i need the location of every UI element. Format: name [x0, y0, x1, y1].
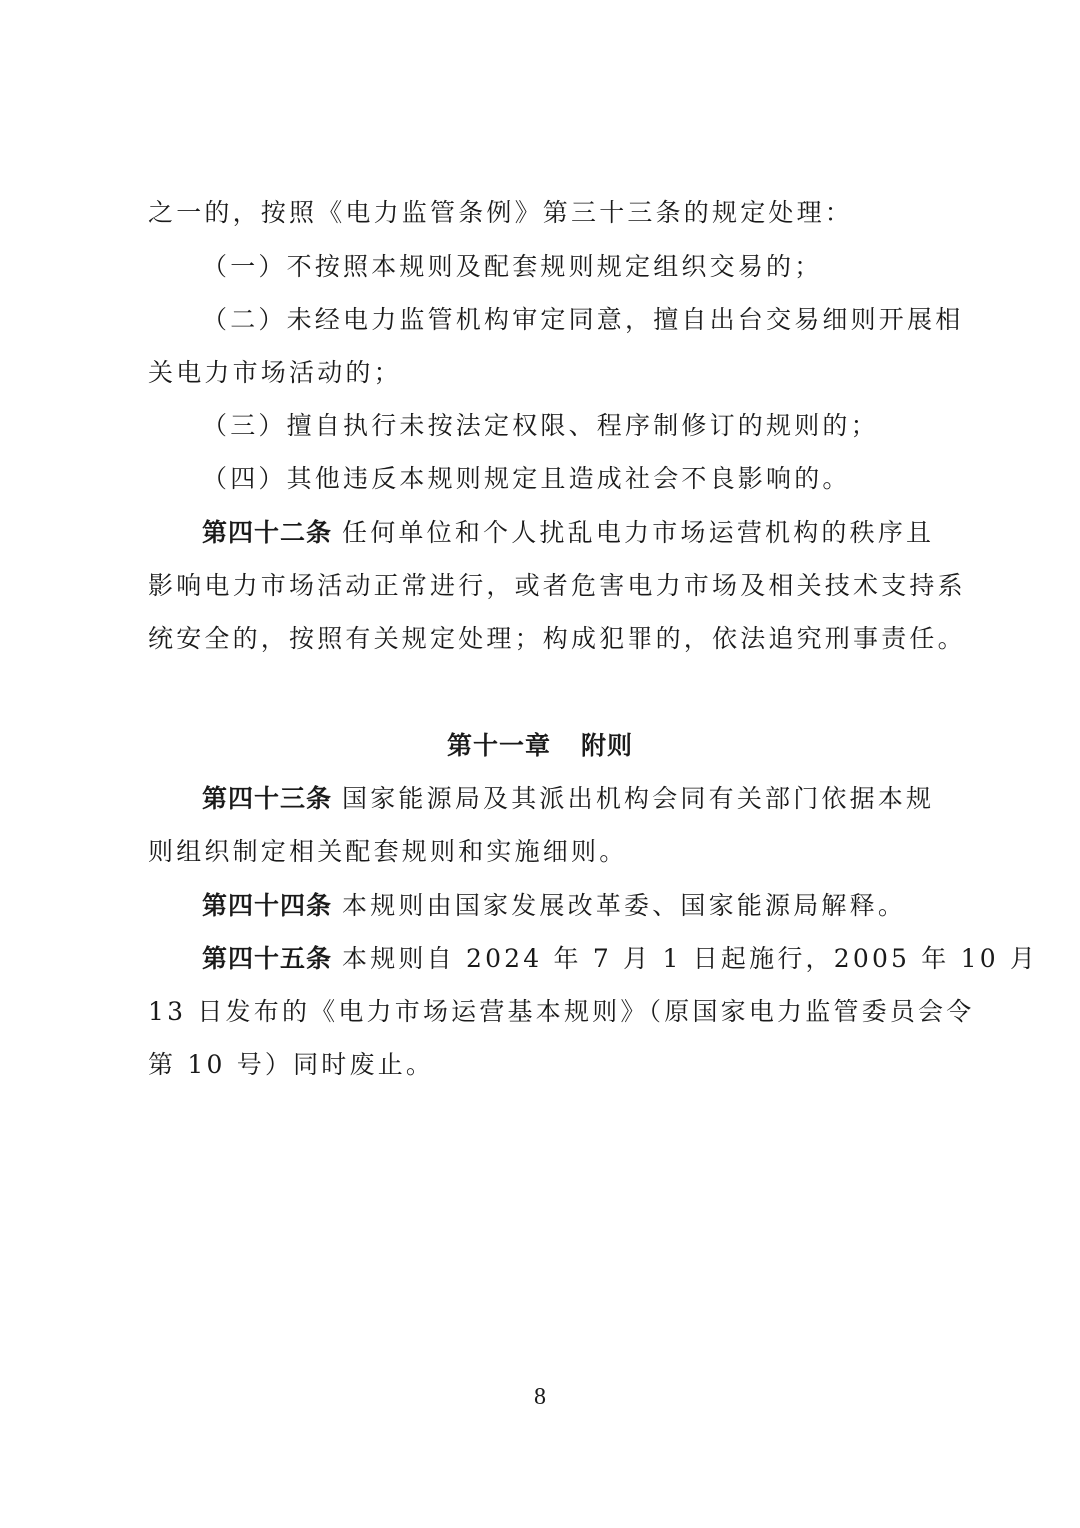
- article-number: 第四十四条: [202, 891, 332, 920]
- article-45-line-2: 13 日发布的《电力市场运营基本规则》（原国家电力监管委员会令: [148, 995, 938, 1029]
- article-42: 第四十二条任何单位和个人扰乱电力市场运营机构的秩序且: [202, 516, 938, 550]
- chapter-heading: 第十一章附则: [0, 729, 1080, 763]
- list-item-1: （一）不按照本规则及配套规则规定组织交易的；: [202, 250, 938, 284]
- article-text: 本规则由国家发展改革委、国家能源局解释。: [342, 891, 906, 920]
- article-44: 第四十四条本规则由国家发展改革委、国家能源局解释。: [202, 889, 938, 923]
- list-item-4: （四）其他违反本规则规定且造成社会不良影响的。: [202, 462, 938, 496]
- article-45-line-3: 第 10 号）同时废止。: [148, 1048, 938, 1082]
- article-text: 本规则自 2024 年 7 月 1 日起施行，2005 年 10 月: [342, 944, 1038, 973]
- article-42-line-2: 影响电力市场活动正常进行，或者危害电力市场及相关技术支持系: [148, 569, 938, 603]
- article-43-line-2: 则组织制定相关配套规则和实施细则。: [148, 835, 938, 869]
- article-text: 任何单位和个人扰乱电力市场运营机构的秩序且: [342, 518, 934, 547]
- article-number: 第四十五条: [202, 944, 332, 973]
- article-number: 第四十二条: [202, 518, 332, 547]
- paragraph-line: 之一的，按照《电力监管条例》第三十三条的规定处理：: [148, 196, 938, 230]
- page-number: 8: [0, 1382, 1080, 1412]
- article-text: 国家能源局及其派出机构会同有关部门依据本规: [342, 784, 934, 813]
- document-page: 之一的，按照《电力监管条例》第三十三条的规定处理： （一）不按照本规则及配套规则…: [0, 0, 1080, 1528]
- article-43: 第四十三条国家能源局及其派出机构会同有关部门依据本规: [202, 782, 938, 816]
- list-item-2: （二）未经电力监管机构审定同意，擅自出台交易细则开展相: [202, 303, 938, 337]
- list-item-2-continued: 关电力市场活动的；: [148, 356, 938, 390]
- article-45: 第四十五条本规则自 2024 年 7 月 1 日起施行，2005 年 10 月: [202, 942, 938, 976]
- article-42-line-3: 统安全的，按照有关规定处理；构成犯罪的，依法追究刑事责任。: [148, 622, 938, 656]
- list-item-3: （三）擅自执行未按法定权限、程序制修订的规则的；: [202, 409, 938, 443]
- chapter-title: 附则: [581, 731, 633, 760]
- article-number: 第四十三条: [202, 784, 332, 813]
- chapter-number: 第十一章: [447, 731, 551, 760]
